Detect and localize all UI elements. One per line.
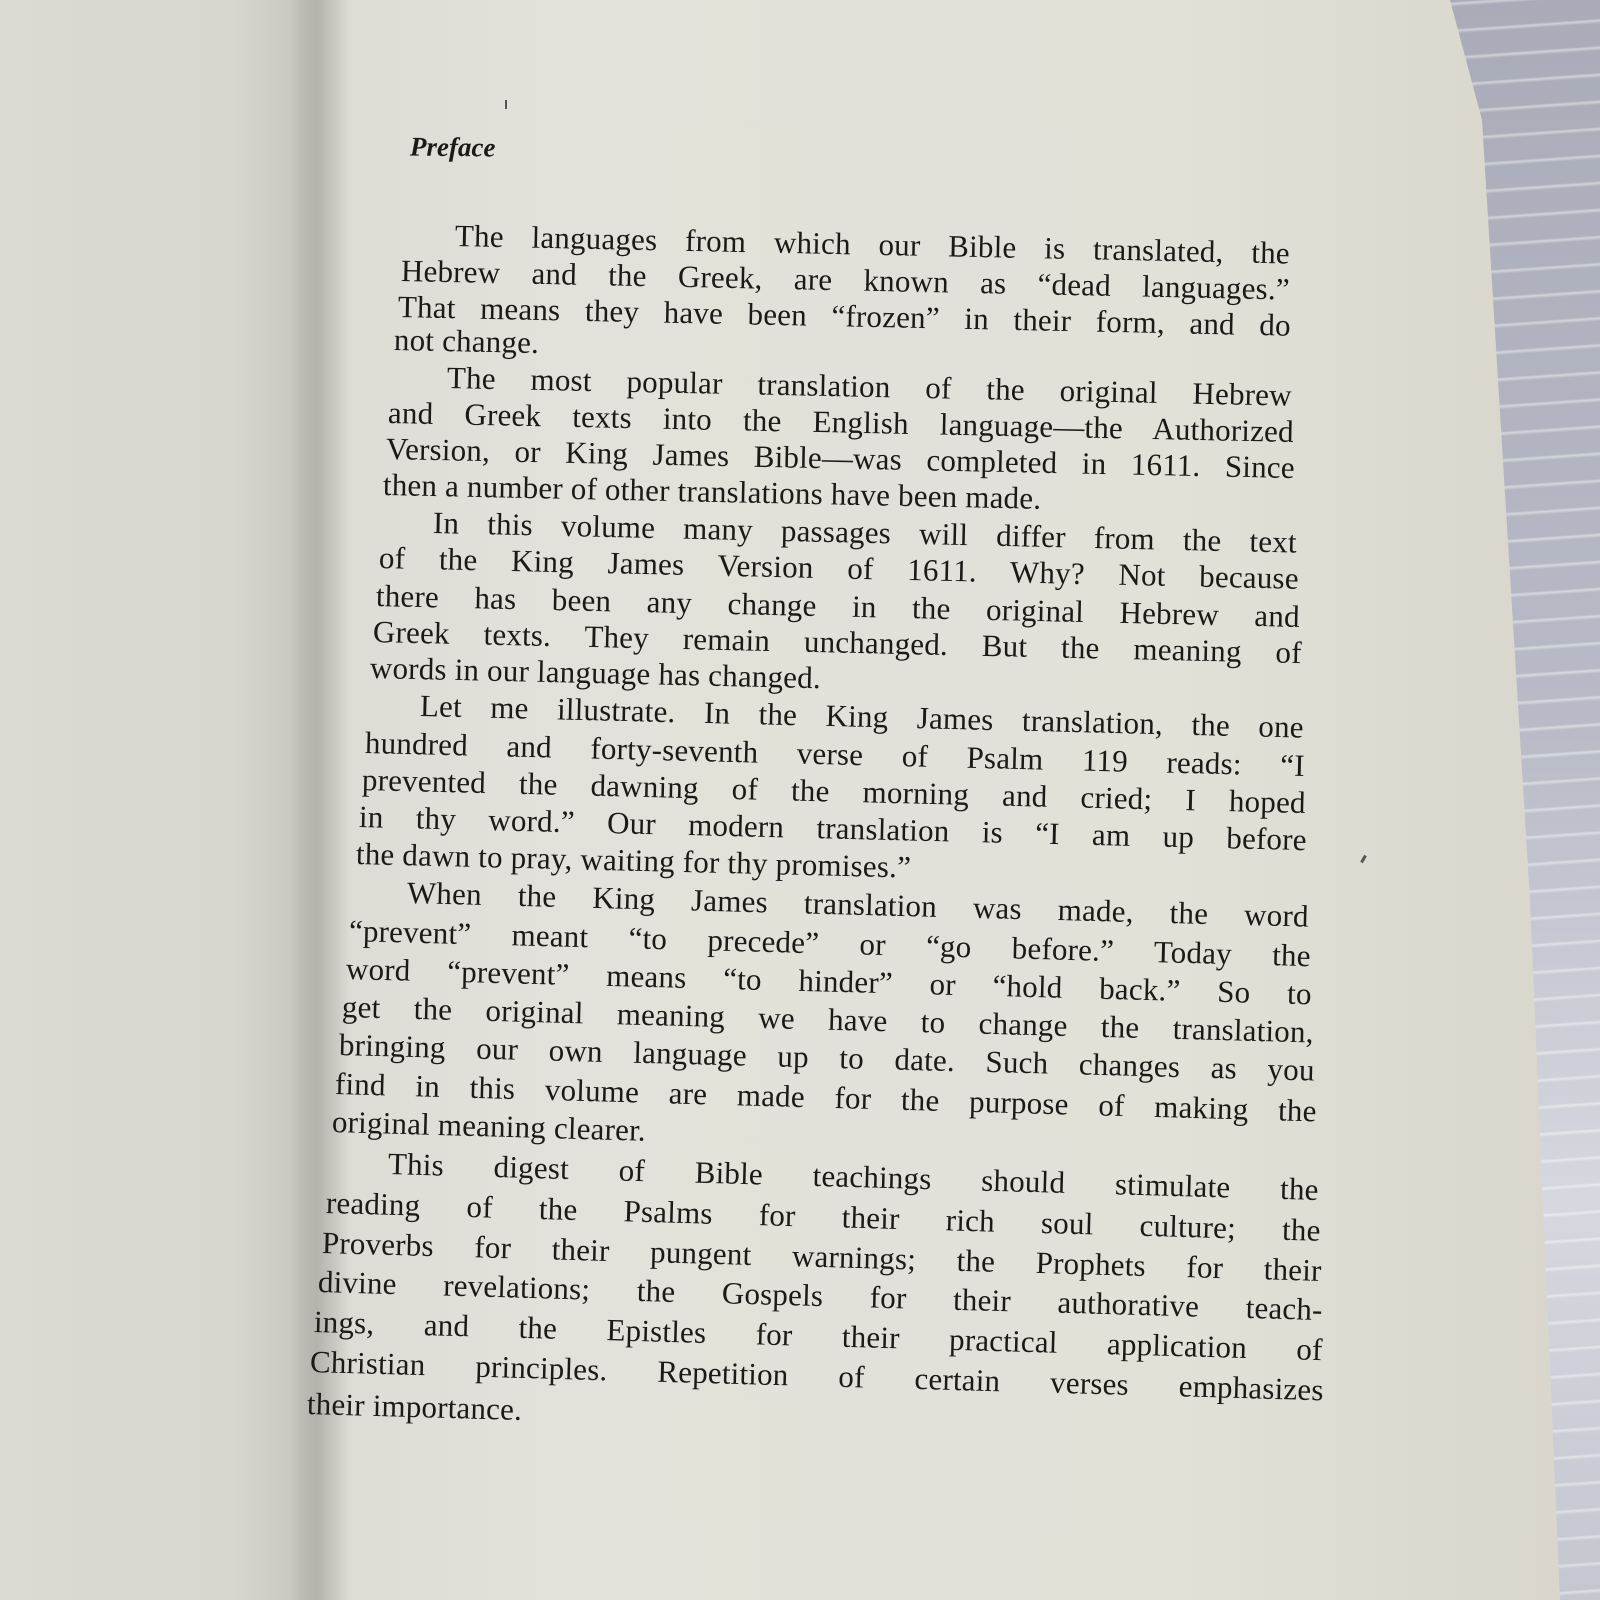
text-line: original meaning clearer. — [331, 1104, 646, 1149]
ink-speck — [505, 100, 507, 109]
preface-text: Preface The languages from which our Bib… — [0, 0, 1600, 1600]
text-line: not change. — [394, 322, 540, 361]
page-heading: Preface — [410, 132, 496, 164]
text-line: their importance. — [306, 1386, 522, 1428]
ink-speck — [1360, 855, 1367, 863]
